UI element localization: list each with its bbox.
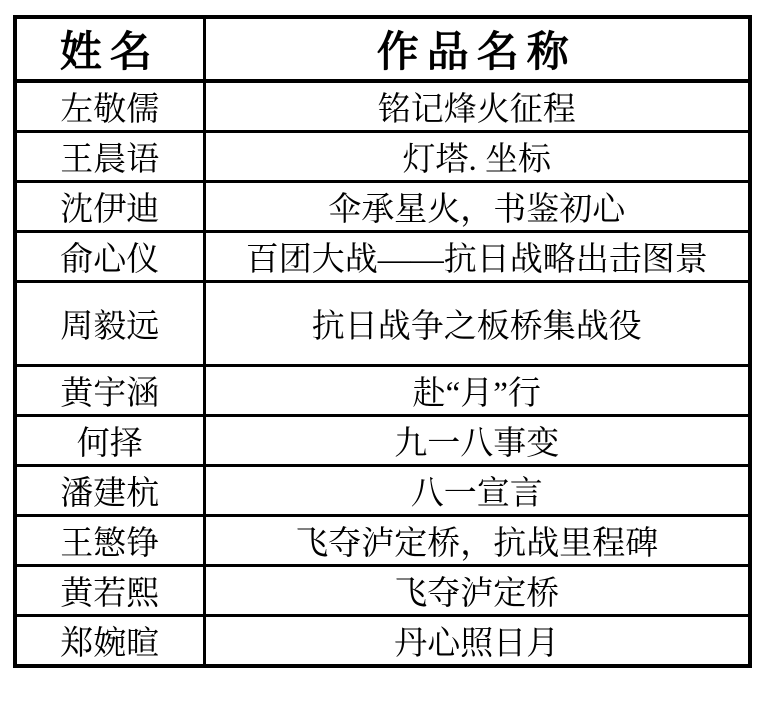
table-row: 郑婉暄 丹心照日月 — [15, 616, 750, 667]
work-cell: 灯塔. 坐标 — [204, 132, 750, 182]
name-cell: 周毅远 — [15, 282, 204, 366]
work-cell: 九一八事变 — [204, 416, 750, 466]
table-header-row: 姓名 作品名称 — [15, 17, 750, 81]
table-row: 黄若熙 飞夺泸定桥 — [15, 566, 750, 616]
work-cell: 丹心照日月 — [204, 616, 750, 667]
name-cell: 左敬儒 — [15, 81, 204, 132]
name-cell: 黄若熙 — [15, 566, 204, 616]
table-row: 王晨语 灯塔. 坐标 — [15, 132, 750, 182]
work-cell: 伞承星火，书鉴初心 — [204, 182, 750, 232]
table-row: 沈伊迪 伞承星火，书鉴初心 — [15, 182, 750, 232]
work-cell: 八一宣言 — [204, 466, 750, 516]
name-cell: 王慜铮 — [15, 516, 204, 566]
work-cell: 铭记烽火征程 — [204, 81, 750, 132]
name-works-table: 姓名 作品名称 左敬儒 铭记烽火征程 王晨语 灯塔. 坐标 沈伊迪 伞承星火，书… — [13, 15, 752, 668]
header-work-column: 作品名称 — [204, 17, 750, 81]
table-row: 周毅远 抗日战争之板桥集战役 — [15, 282, 750, 366]
name-cell: 黄宇涵 — [15, 366, 204, 416]
name-cell: 郑婉暄 — [15, 616, 204, 667]
work-cell: 飞夺泸定桥 — [204, 566, 750, 616]
header-name-column: 姓名 — [15, 17, 204, 81]
name-cell: 何择 — [15, 416, 204, 466]
table-row: 王慜铮 飞夺泸定桥，抗战里程碑 — [15, 516, 750, 566]
name-cell: 沈伊迪 — [15, 182, 204, 232]
table-row: 左敬儒 铭记烽火征程 — [15, 81, 750, 132]
name-cell: 俞心仪 — [15, 232, 204, 282]
table-row: 黄宇涵 赴“月”行 — [15, 366, 750, 416]
work-cell: 飞夺泸定桥，抗战里程碑 — [204, 516, 750, 566]
name-cell: 潘建杭 — [15, 466, 204, 516]
table-row: 俞心仪 百团大战——抗日战略出击图景 — [15, 232, 750, 282]
table-row: 潘建杭 八一宣言 — [15, 466, 750, 516]
name-cell: 王晨语 — [15, 132, 204, 182]
work-cell: 抗日战争之板桥集战役 — [204, 282, 750, 366]
document-page: 姓名 作品名称 左敬儒 铭记烽火征程 王晨语 灯塔. 坐标 沈伊迪 伞承星火，书… — [0, 0, 764, 702]
work-cell: 赴“月”行 — [204, 366, 750, 416]
work-cell: 百团大战——抗日战略出击图景 — [204, 232, 750, 282]
table-row: 何择 九一八事变 — [15, 416, 750, 466]
